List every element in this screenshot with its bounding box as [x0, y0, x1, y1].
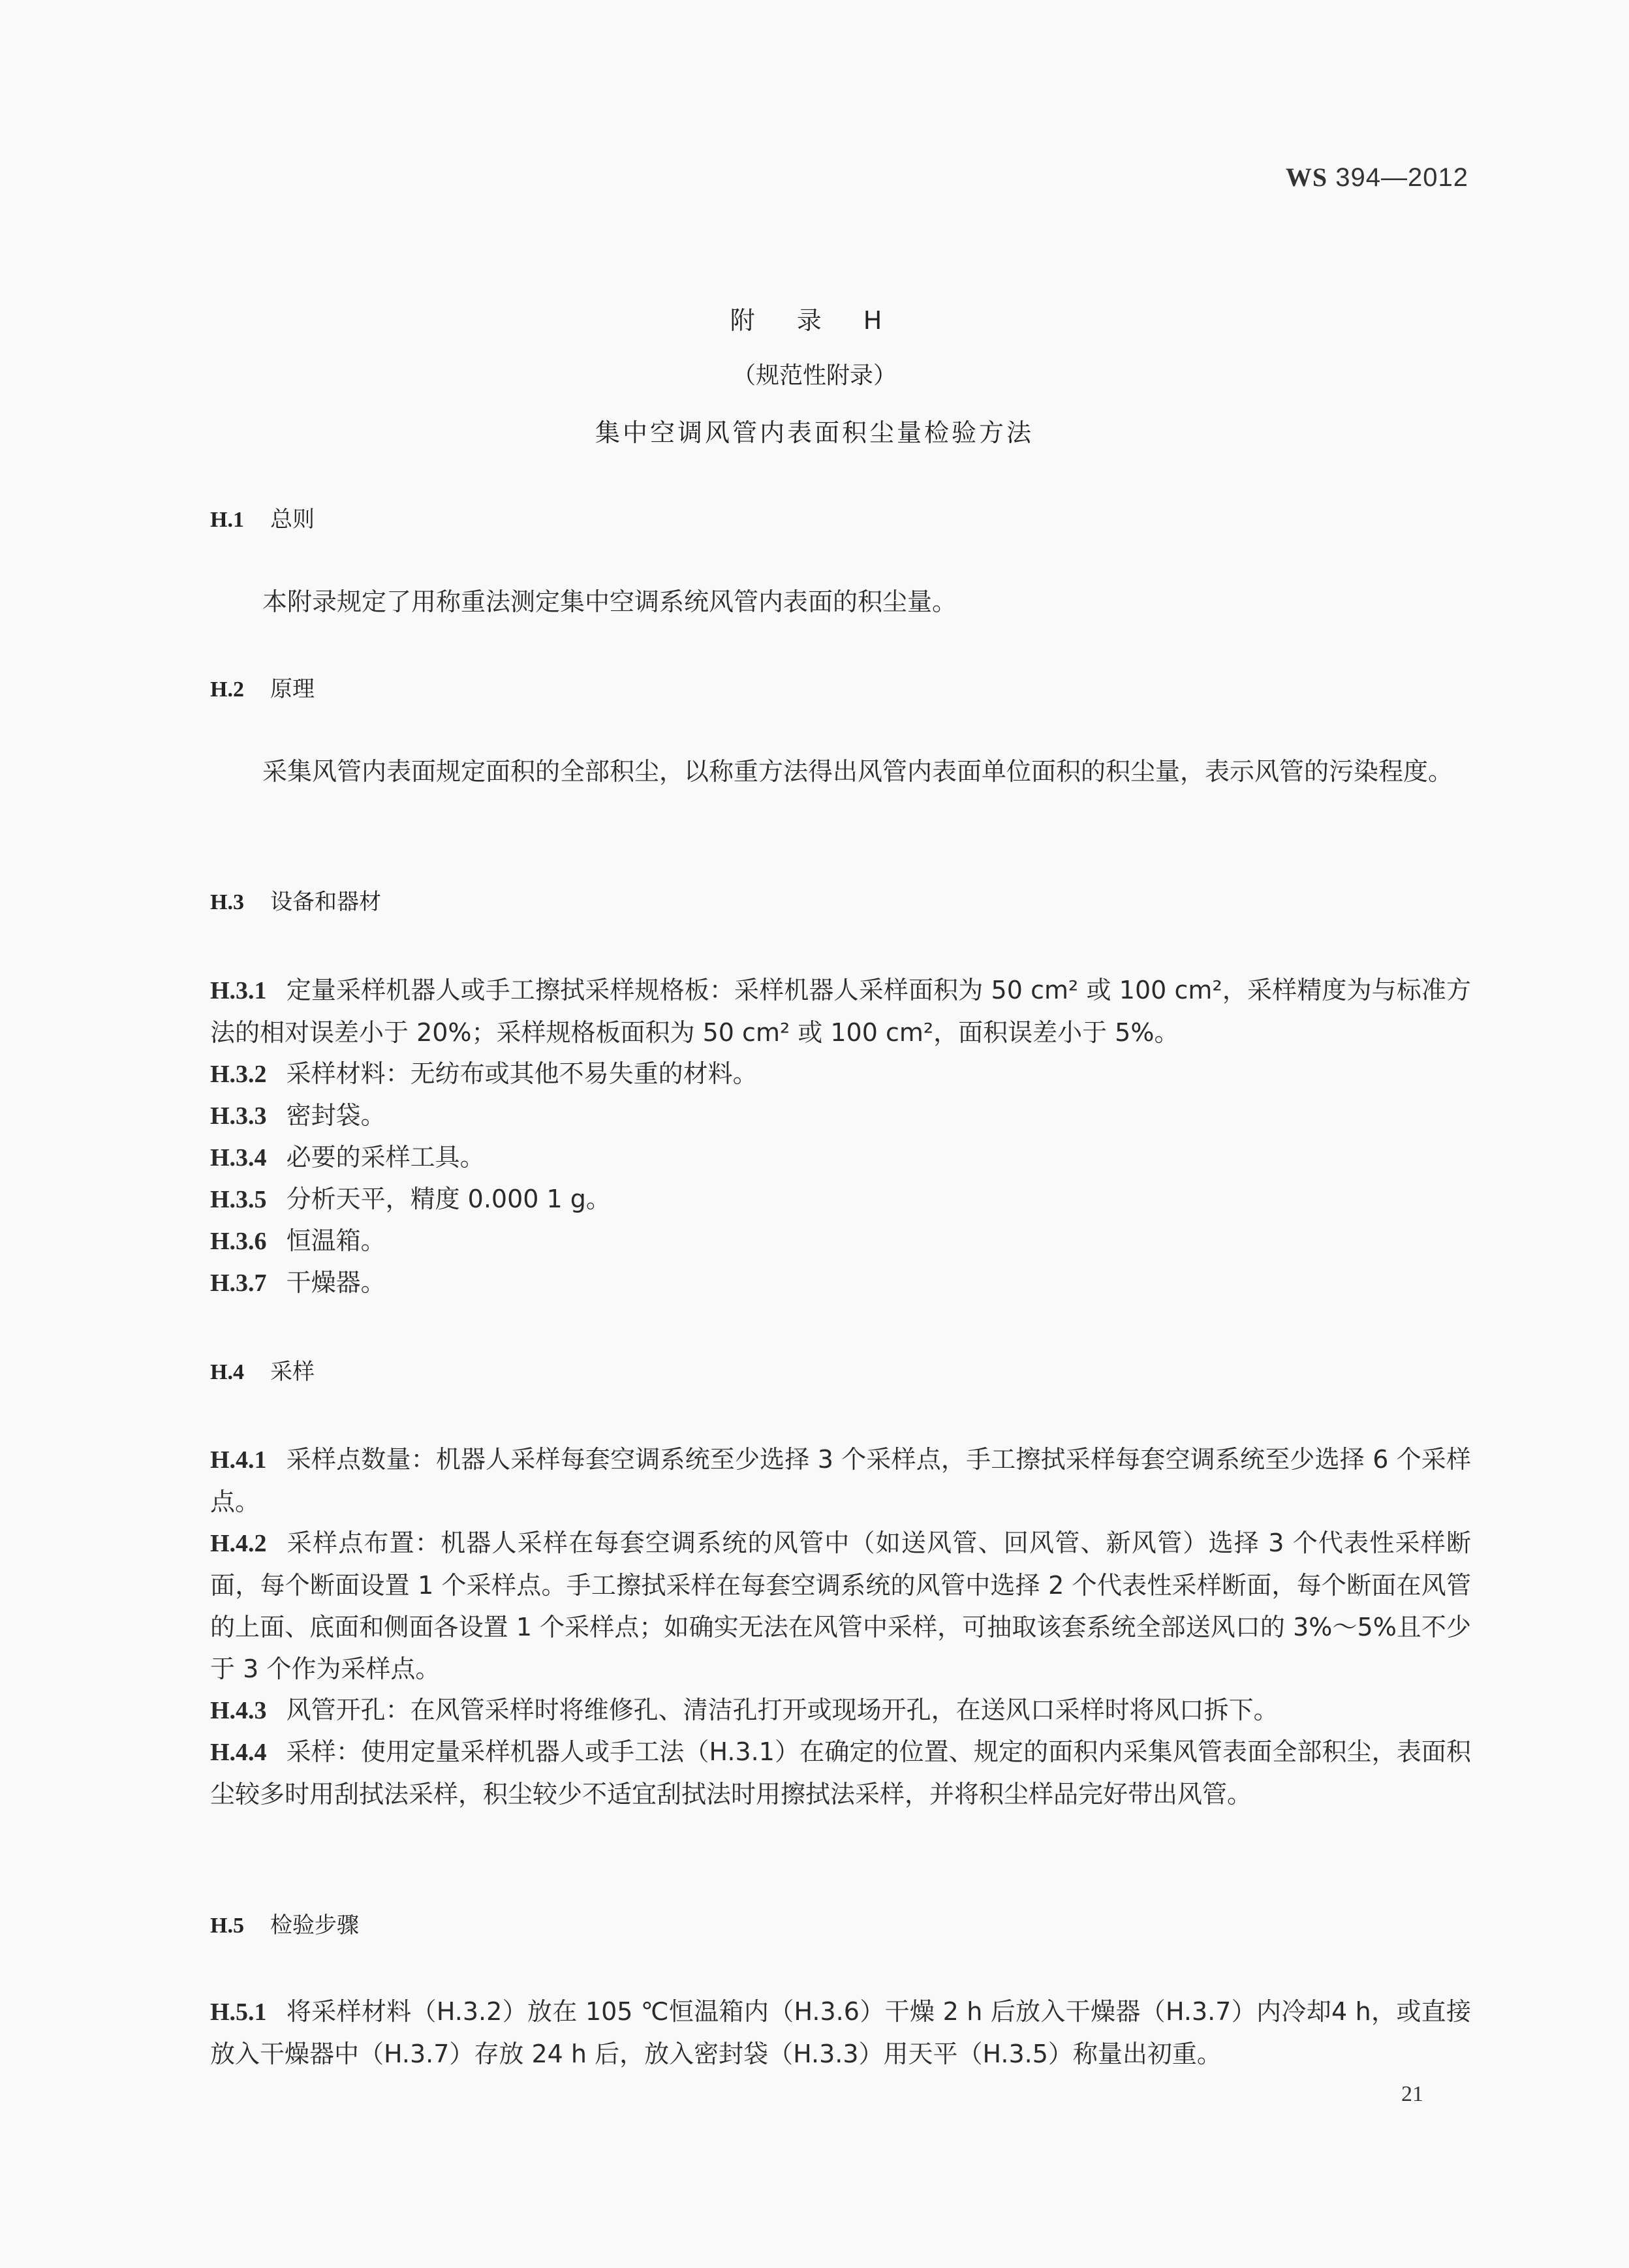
clause-h3-5: H.3.5分析天平，精度 0.000 1 g。 — [210, 1178, 1471, 1220]
section-heading-h1: H.1总则 — [210, 501, 315, 533]
appendix-label: 附 录 H — [0, 300, 1629, 336]
section-heading-h4: H.4采样 — [210, 1354, 315, 1386]
clause-h4-4: H.4.4采样：使用定量采样机器人或手工法（H.3.1）在确定的位置、规定的面积… — [210, 1731, 1471, 1815]
clause-h4-1: H.4.1采样点数量：机器人采样每套空调系统至少选择 3 个采样点，手工擦拭采样… — [210, 1438, 1471, 1523]
standard-number: 394—2012 — [1335, 163, 1468, 192]
paragraph-h1: 本附录规定了用称重法测定集中空调系统风管内表面的积尘量。 — [210, 581, 1471, 623]
appendix-title-block: 附 录 H （规范性附录） 集中空调风管内表面积尘量检验方法 — [0, 300, 1629, 448]
clause-h4-2: H.4.2采样点布置：机器人采样在每套空调系统的风管中（如送风管、回风管、新风管… — [210, 1522, 1471, 1690]
clause-h3-7: H.3.7干燥器。 — [210, 1262, 1471, 1304]
clause-h3-1: H.3.1定量采样机器人或手工擦拭采样规格板：采样机器人采样面积为 50 cm²… — [210, 969, 1471, 1053]
clause-h3-3: H.3.3密封袋。 — [210, 1095, 1471, 1137]
clause-h5-1: H.5.1将采样材料（H.3.2）放在 105 ℃恒温箱内（H.3.6）干燥 2… — [210, 1991, 1471, 2075]
clause-h3-2: H.3.2采样材料：无纺布或其他不易失重的材料。 — [210, 1053, 1471, 1095]
standard-code: WS — [1286, 163, 1327, 192]
section-heading-h3: H.3设备和器材 — [210, 884, 381, 916]
clause-h3-4: H.3.4必要的采样工具。 — [210, 1136, 1471, 1179]
section-heading-h5: H.5检验步骤 — [210, 1907, 359, 1939]
section-heading-h2: H.2原理 — [210, 671, 315, 703]
page-number: 21 — [1401, 2082, 1423, 2107]
paragraph-h2: 采集风管内表面规定面积的全部积尘，以称重方法得出风管内表面单位面积的积尘量，表示… — [210, 751, 1471, 792]
standard-number-header: WS 394—2012 — [1286, 162, 1468, 193]
clause-h3-6: H.3.6恒温箱。 — [210, 1220, 1471, 1262]
appendix-title: 集中空调风管内表面积尘量检验方法 — [0, 412, 1629, 448]
clause-h4-3: H.4.3风管开孔：在风管采样时将维修孔、清洁孔打开或现场开孔，在送风口采样时将… — [210, 1689, 1471, 1732]
appendix-type: （规范性附录） — [0, 357, 1629, 390]
